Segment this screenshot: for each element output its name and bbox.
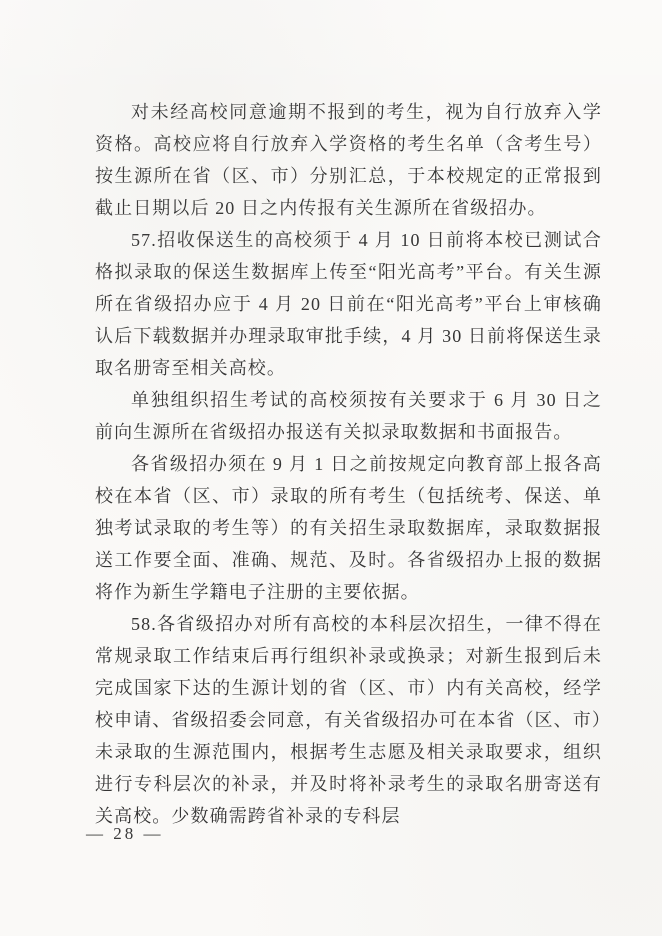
- paragraph-noshow-forfeit-rule: 对未经高校同意逾期不报到的考生，视为自行放弃入学资格。高校应将自行放弃入学资格的…: [95, 96, 602, 224]
- paragraph-provincial-data-reporting: 各省级招办须在 9 月 1 日之前按规定向教育部上报各高校在本省（区、市）录取的…: [95, 448, 602, 608]
- page-number: — 28 —: [86, 824, 164, 844]
- paragraph-58-supplementary-admission: 58.各省级招办对所有高校的本科层次招生，一律不得在常规录取工作结束后再行组织补…: [95, 608, 602, 832]
- scanned-document-page: 对未经高校同意逾期不报到的考生，视为自行放弃入学资格。高校应将自行放弃入学资格的…: [0, 0, 662, 936]
- paragraph-independent-exam-schools: 单独组织招生考试的高校须按有关要求于 6 月 30 日之前向生源所在省级招办报送…: [95, 384, 602, 448]
- paragraph-57-baosong-students: 57.招收保送生的高校须于 4 月 10 日前将本校已测试合格拟录取的保送生数据…: [95, 224, 602, 384]
- body-text-block: 对未经高校同意逾期不报到的考生，视为自行放弃入学资格。高校应将自行放弃入学资格的…: [95, 96, 602, 832]
